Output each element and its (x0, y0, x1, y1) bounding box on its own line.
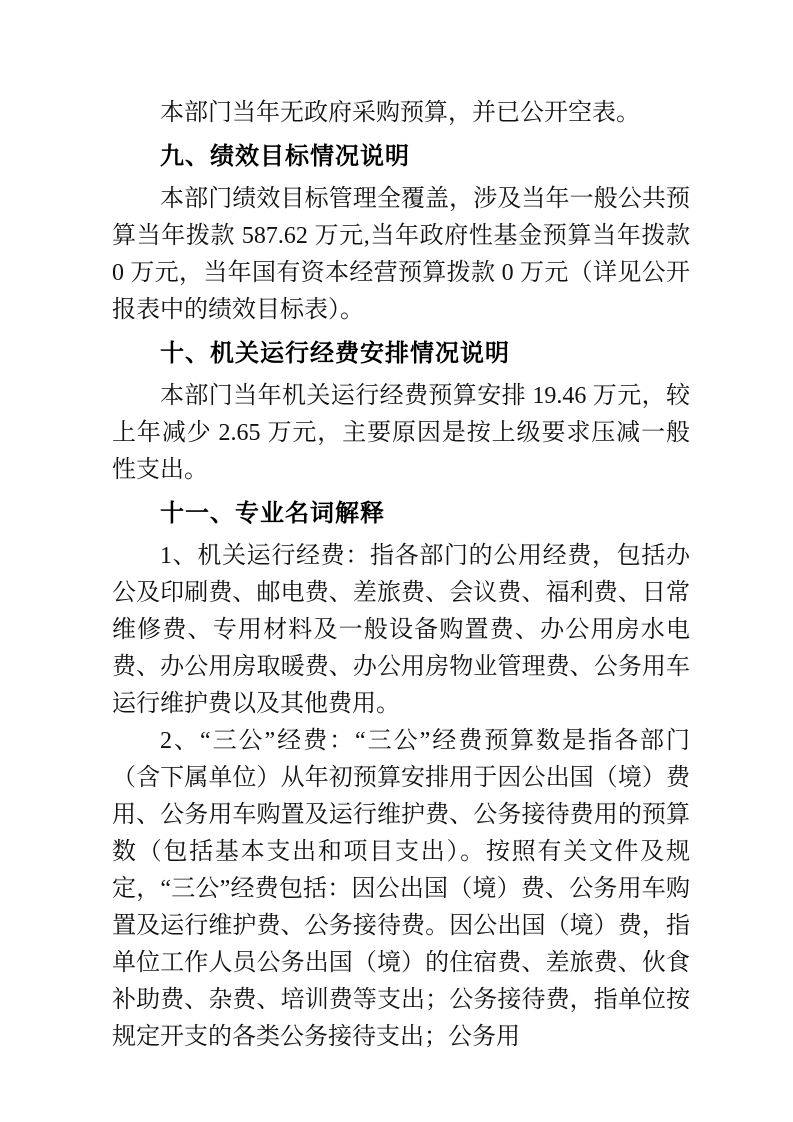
paragraph-term-1-operating-expense: 1、机关运行经费：指各部门的公用经费，包括办公及印刷费、邮电费、差旅费、会议费、… (112, 538, 690, 723)
paragraph-procurement-note: 本部门当年无政府采购预算，并已公开空表。 (112, 95, 690, 132)
heading-section-9: 九、绩效目标情况说明 (112, 138, 690, 175)
paragraph-term-2-three-public-funds: 2、“三公”经费：“三公”经费预算数是指各部门（含下属单位）从年初预算安排用于因… (112, 723, 690, 1056)
heading-section-10: 十、机关运行经费安排情况说明 (112, 335, 690, 372)
paragraph-performance-targets: 本部门绩效目标管理全覆盖，涉及当年一般公共预算当年拨款 587.62 万元,当年… (112, 181, 690, 329)
heading-section-11: 十一、专业名词解释 (112, 495, 690, 532)
document-page-content: 本部门当年无政府采购预算，并已公开空表。九、绩效目标情况说明本部门绩效目标管理全… (112, 95, 690, 1056)
paragraph-operating-expenses: 本部门当年机关运行经费预算安排 19.46 万元，较上年减少 2.65 万元，主… (112, 378, 690, 489)
document-page: 本部门当年无政府采购预算，并已公开空表。九、绩效目标情况说明本部门绩效目标管理全… (0, 0, 793, 1122)
